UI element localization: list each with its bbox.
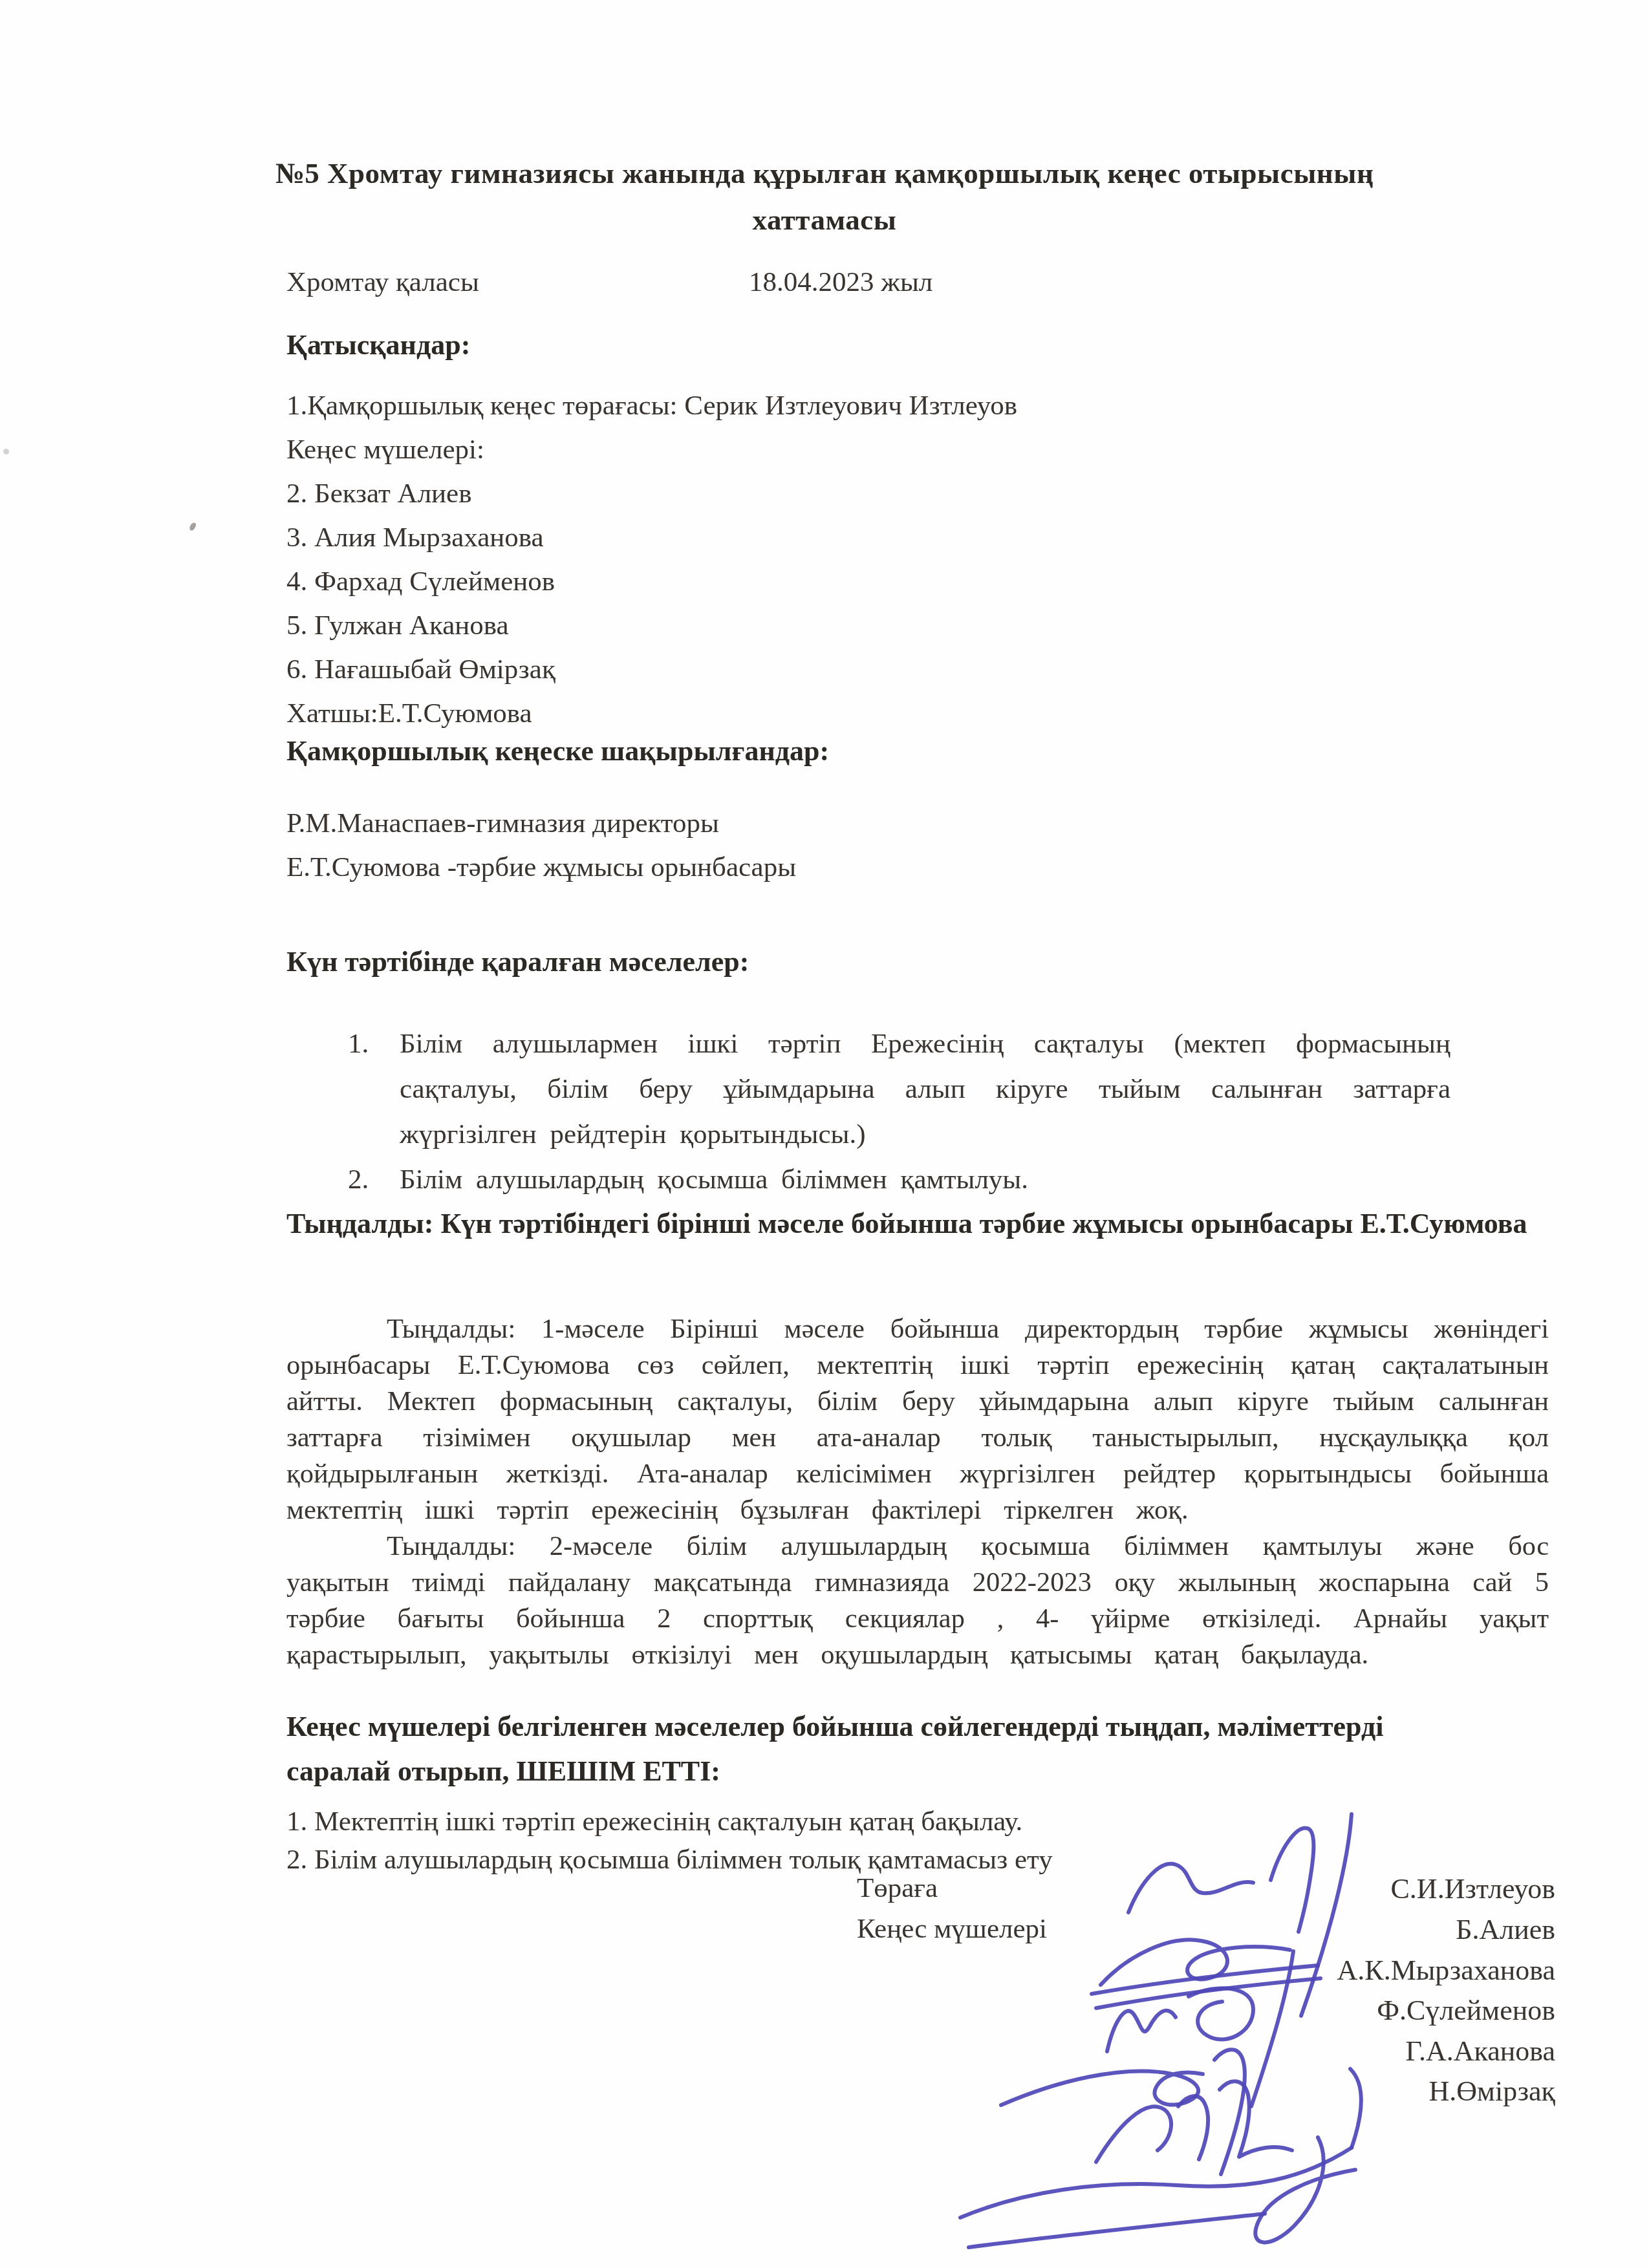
agenda-item: 1. Білім алушылармен ішкі тәртіп Ережесі… <box>348 1022 1450 1157</box>
attendee-line: 5. Гулжан Аканова <box>286 604 1554 648</box>
minutes-paragraph-1: Тыңдалды: 1-мәселе Бірінші мәселе бойынш… <box>286 1311 1549 1528</box>
decision-heading: Кеңес мүшелері белгіленген мәселелер бой… <box>286 1704 1560 1793</box>
signature-ink-5 <box>1096 2081 1292 2162</box>
attendee-line: Хатшы:Е.Т.Суюмова <box>286 692 1554 736</box>
agenda-item-text: Білім алушылардың қосымша біліммен қамты… <box>400 1157 1450 1203</box>
attendee-line: 2. Бекзат Алиев <box>286 472 1554 516</box>
signatures-ink-cluster <box>899 1803 1429 2268</box>
decision-heading-line1: Кеңес мүшелері белгіленген мәселелер бой… <box>286 1704 1560 1749</box>
invited-line: Р.М.Манаспаев-гимназия директоры <box>286 802 796 846</box>
invited-line: Е.Т.Суюмова -тәрбие жұмысы орынбасары <box>286 846 796 890</box>
scan-speck-artifact <box>189 522 197 531</box>
attendee-line: 1.Қамқоршылық кеңес төрағасы: Серик Изтл… <box>286 384 1554 428</box>
document-title: №5 Хромтау гимназиясы жанында құрылған қ… <box>0 150 1649 243</box>
attendees-list: 1.Қамқоршылық кеңес төрағасы: Серик Изтл… <box>286 384 1554 736</box>
attendee-line: 3. Алия Мырзаханова <box>286 516 1554 560</box>
city-label: Хромтау қаласы <box>286 266 479 298</box>
agenda-item-number: 2. <box>348 1157 400 1203</box>
signature-ink-3 <box>1107 1951 1293 2106</box>
decision-heading-line2: саралай отырып, ШЕШІМ ЕТТІ: <box>286 1749 1560 1793</box>
document-title-line1: №5 Хромтау гимназиясы жанында құрылған қ… <box>0 150 1649 197</box>
attendees-heading: Қатысқандар: <box>286 328 470 361</box>
attendee-line: 4. Фархад Сүлейменов <box>286 560 1554 604</box>
document-page: №5 Хромтау гимназиясы жанында құрылған қ… <box>0 0 1649 2268</box>
minutes-paragraph-2: Тыңдалды: 2-мәселе білім алушылардың қос… <box>286 1528 1549 1673</box>
invited-list: Р.М.Манаспаев-гимназия директоры Е.Т.Сую… <box>286 802 796 890</box>
agenda-item: 2. Білім алушылардың қосымша біліммен қа… <box>348 1157 1450 1203</box>
heard-heading: Тыңдалды: Күн тәртібіндегі бірінші мәсел… <box>286 1201 1554 1246</box>
agenda-list: 1. Білім алушылармен ішкі тәртіп Ережесі… <box>348 1022 1450 1203</box>
invited-heading: Қамқоршылық кеңеске шақырылғандар: <box>286 734 829 767</box>
agenda-item-text: Білім алушылармен ішкі тәртіп Ережесінің… <box>400 1022 1450 1157</box>
attendee-line: 6. Нағашыбай Өмірзақ <box>286 648 1554 692</box>
document-title-line2: хаттамасы <box>0 197 1649 243</box>
agenda-heading: Күн тәртібінде қаралған мәселелер: <box>286 945 749 978</box>
agenda-item-number: 1. <box>348 1022 400 1157</box>
date-label: 18.04.2023 жыл <box>749 266 932 298</box>
scan-speck-artifact <box>3 449 9 455</box>
signature-ink-2 <box>1092 1940 1320 2008</box>
attendee-line: Кеңес мүшелері: <box>286 428 1554 472</box>
